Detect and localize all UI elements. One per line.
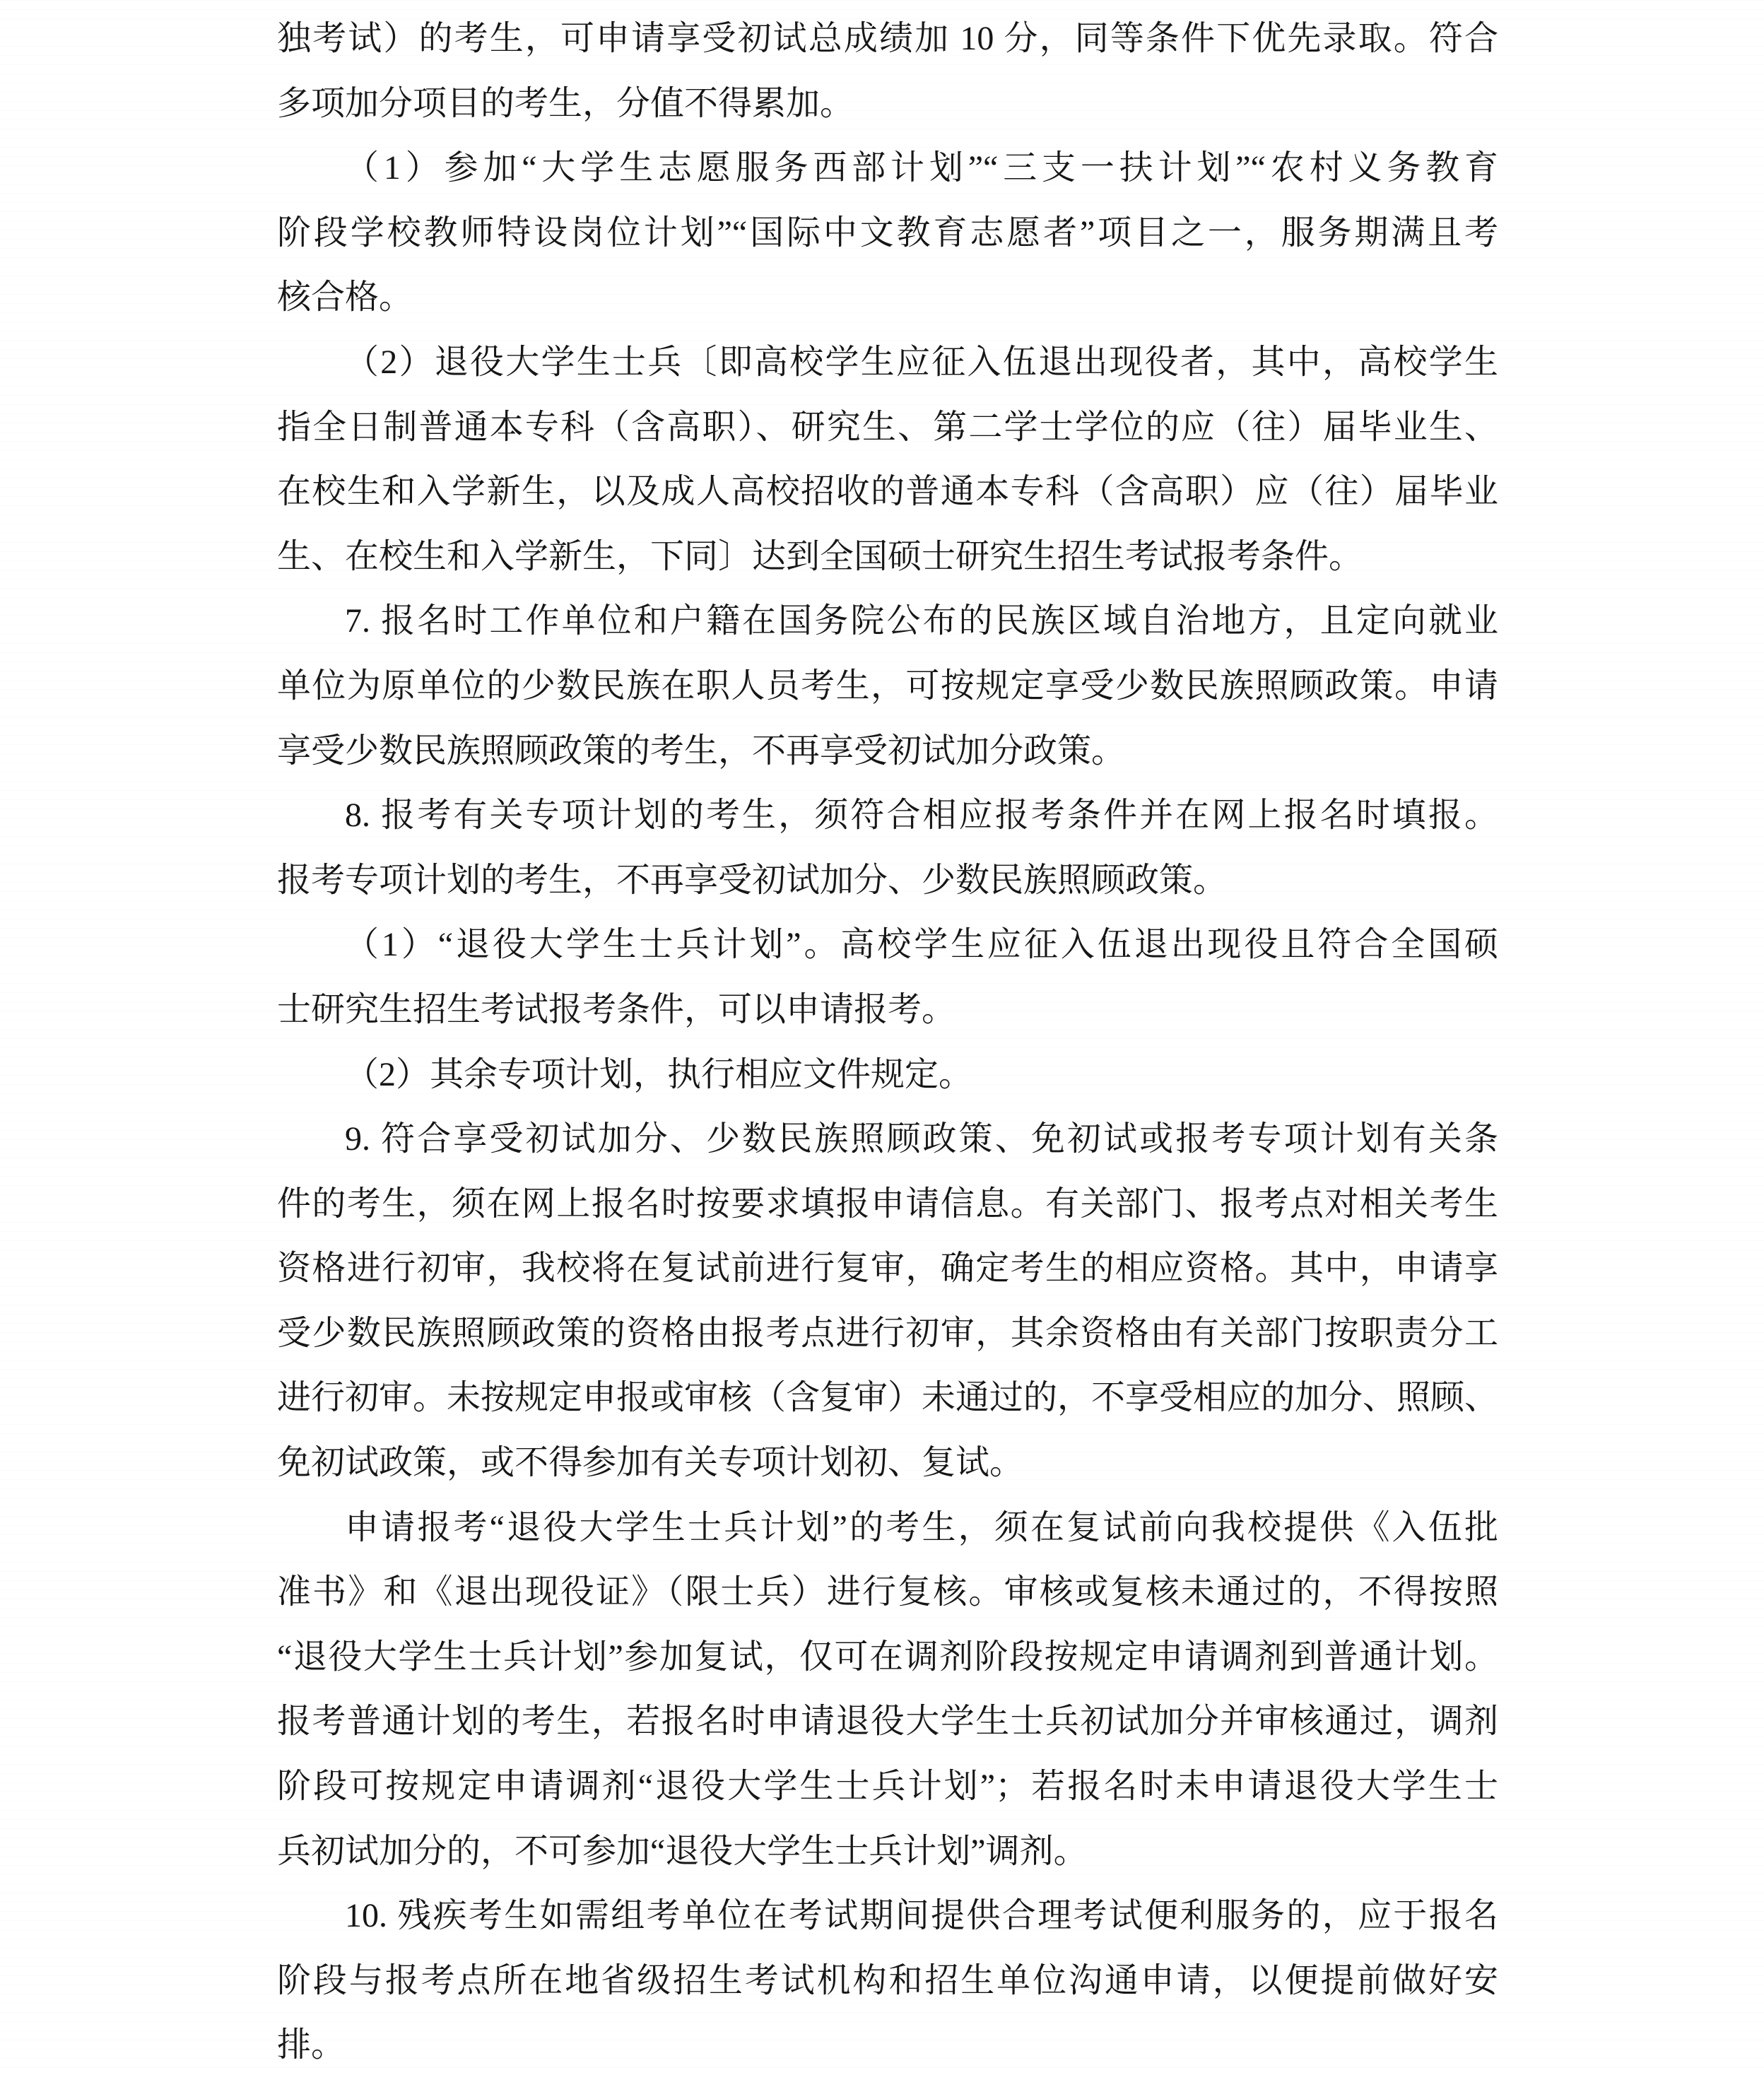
document-page: 独考试）的考生，可申请享受初试总成绩加 10 分，同等条件下优先录取。符合多项加… [0, 0, 1764, 2075]
text-line: 阶段与报考点所在地省级招生考试机构和招生单位沟通申请，以便提前做好安 [277, 1948, 1498, 2014]
text-line: 核合格。 [277, 265, 1498, 330]
text-line: 兵初试加分的，不可参加“退役大学生士兵计划”调剂。 [277, 1819, 1498, 1884]
text-line: （1）参加“大学生志愿服务西部计划”“三支一扶计划”“农村义务教育 [277, 136, 1498, 201]
text-line: “退役大学生士兵计划”参加复试，仅可在调剂阶段按规定申请调剂到普通计划。 [277, 1625, 1498, 1690]
text-line: 排。 [277, 2013, 1498, 2075]
text-line: 进行初审。未按规定申报或审核（含复审）未通过的，不享受相应的加分、照顾、 [277, 1365, 1498, 1430]
text-line: 单位为原单位的少数民族在职人员考生，可按规定享受少数民族照顾政策。申请 [277, 654, 1498, 719]
text-line: 受少数民族照顾政策的资格由报考点进行初审，其余资格由有关部门按职责分工 [277, 1301, 1498, 1366]
text-line: 生、在校生和入学新生，下同〕达到全国硕士研究生招生考试报考条件。 [277, 524, 1498, 589]
text-line: 8. 报考有关专项计划的考生，须符合相应报考条件并在网上报名时填报。 [277, 783, 1498, 848]
text-line: 阶段学校教师特设岗位计划”“国际中文教育志愿者”项目之一，服务期满且考 [277, 201, 1498, 266]
text-block: 独考试）的考生，可申请享受初试总成绩加 10 分，同等条件下优先录取。符合多项加… [277, 0, 1498, 2075]
text-line: （1）“退役大学生士兵计划”。高校学生应征入伍退出现役且符合全国硕 [277, 912, 1498, 977]
text-line: 件的考生，须在网上报名时按要求填报申请信息。有关部门、报考点对相关考生 [277, 1172, 1498, 1237]
text-line: 7. 报名时工作单位和户籍在国务院公布的民族区域自治地方，且定向就业 [277, 589, 1498, 654]
text-line: 士研究生招生考试报考条件，可以申请报考。 [277, 977, 1498, 1042]
text-line: 免初试政策，或不得参加有关专项计划初、复试。 [277, 1430, 1498, 1495]
text-line: 指全日制普通本专科（含高职）、研究生、第二学士学位的应（往）届毕业生、 [277, 395, 1498, 460]
text-line: 申请报考“退役大学生士兵计划”的考生，须在复试前向我校提供《入伍批 [277, 1495, 1498, 1560]
text-line: 10. 残疾考生如需组考单位在考试期间提供合理考试便利服务的，应于报名 [277, 1883, 1498, 1948]
text-line: 报考专项计划的考生，不再享受初试加分、少数民族照顾政策。 [277, 848, 1498, 913]
text-line: 9. 符合享受初试加分、少数民族照顾政策、免初试或报考专项计划有关条 [277, 1107, 1498, 1172]
text-line: 阶段可按规定申请调剂“退役大学生士兵计划”；若报名时未申请退役大学生士 [277, 1754, 1498, 1819]
text-line: 资格进行初审，我校将在复试前进行复审，确定考生的相应资格。其中，申请享 [277, 1236, 1498, 1301]
text-line: 独考试）的考生，可申请享受初试总成绩加 10 分，同等条件下优先录取。符合 [277, 6, 1498, 71]
text-line: 报考普通计划的考生，若报名时申请退役大学生士兵初试加分并审核通过，调剂 [277, 1689, 1498, 1754]
text-line: 准书》和《退出现役证》（限士兵）进行复核。审核或复核未通过的，不得按照 [277, 1560, 1498, 1625]
text-line: （2）其余专项计划，执行相应文件规定。 [277, 1042, 1498, 1107]
text-line: （2）退役大学生士兵〔即高校学生应征入伍退出现役者，其中，高校学生 [277, 330, 1498, 395]
text-line: 享受少数民族照顾政策的考生，不再享受初试加分政策。 [277, 719, 1498, 784]
text-line: 多项加分项目的考生，分值不得累加。 [277, 71, 1498, 136]
text-line: 在校生和入学新生，以及成人高校招收的普通本专科（含高职）应（往）届毕业 [277, 459, 1498, 524]
